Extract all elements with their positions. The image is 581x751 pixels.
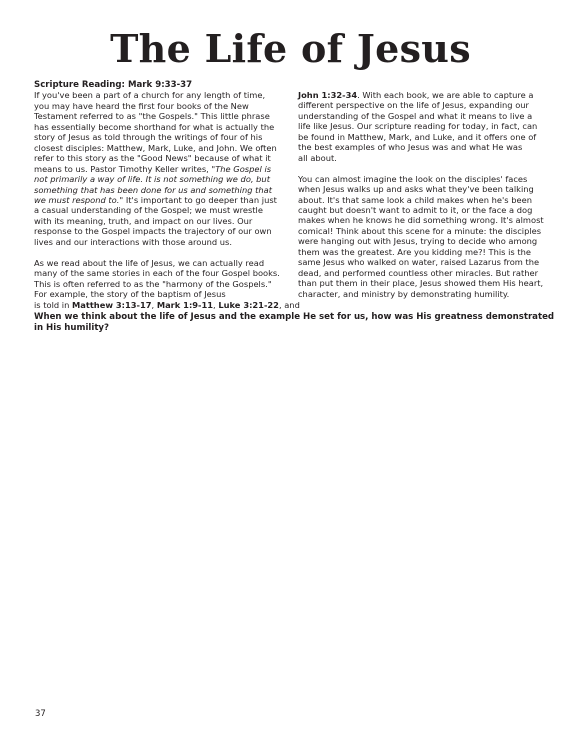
text-line: refer to this story as the "Good News" b… (34, 153, 290, 163)
text-line: As we read about the life of Jesus, we c… (34, 258, 290, 268)
text-line: when Jesus walks up and asks what they'v… (298, 184, 554, 194)
text-line: means to us. Pastor Timothy Keller write… (34, 164, 290, 174)
text-line: caught but doesn't want to admit to it, … (298, 205, 554, 215)
text-line: same Jesus who walked on water, raised L… (298, 257, 554, 267)
text-line: Testament referred to as "the Gospels." … (34, 111, 290, 121)
text-line: makes when he knows he did something wro… (298, 215, 554, 225)
page-number: 37 (35, 709, 46, 719)
answer-writing-area[interactable] (34, 340, 554, 680)
text-line: with its meaning, truth, and impact on o… (34, 216, 290, 226)
text-line: the best examples of who Jesus was and w… (298, 142, 554, 152)
text-segment: means to us. Pastor Timothy Keller write… (34, 164, 215, 174)
keller-quote-line: something that has been done for us and … (34, 185, 290, 195)
text-line: about. It's that same look a child makes… (298, 195, 554, 205)
text-line: comical! Think about this scene for a mi… (298, 226, 554, 236)
text-segment: " It's important to go deeper than just (119, 195, 277, 205)
text-line: story of Jesus as told through the writi… (34, 132, 290, 142)
text-line: were hanging out with Jesus, trying to d… (298, 236, 554, 246)
text-line: For example, the story of the baptism of… (34, 289, 290, 299)
text-line: understanding of the Gospel and what it … (298, 111, 554, 121)
keller-quote: The Gospel is (215, 164, 271, 174)
text-line: If you've been a part of a church for an… (34, 90, 290, 100)
text-line: we must respond to." It's important to g… (34, 195, 290, 205)
text-line: life like Jesus. Our scripture reading f… (298, 121, 554, 131)
scripture-reference: Matthew 3:13-17 (72, 300, 152, 310)
text-line: than put them in their place, Jesus show… (298, 278, 554, 288)
text-segment: is told in (34, 300, 72, 310)
question-line: When we think about the life of Jesus an… (34, 312, 554, 323)
right-column: John 1:32-34. With each book, we are abl… (298, 90, 554, 309)
text-line: character, and ministry by demonstrating… (298, 289, 554, 299)
question-line: in His humility? (34, 323, 554, 334)
keller-quote: we must respond to. (34, 195, 119, 205)
intro-paragraph: If you've been a part of a church for an… (34, 90, 290, 247)
perspective-paragraph: John 1:32-34. With each book, we are abl… (298, 90, 554, 163)
scripture-reference: Luke 3:21-22 (218, 300, 279, 310)
harmony-paragraph: As we read about the life of Jesus, we c… (34, 258, 290, 310)
text-line: response to the Gospel impacts the traje… (34, 226, 290, 236)
reflection-question: When we think about the life of Jesus an… (34, 312, 554, 333)
text-line: has essentially become shorthand for wha… (34, 122, 290, 132)
scripture-reading-heading: Scripture Reading: Mark 9:33-37 (34, 80, 290, 90)
text-line: different perspective on the life of Jes… (298, 100, 554, 110)
text-line: a casual understanding of the Gospel; we… (34, 205, 290, 215)
text-segment: . With each book, we are able to capture… (357, 90, 533, 100)
text-line: dead, and performed countless other mira… (298, 268, 554, 278)
text-segment: , and (279, 300, 300, 310)
text-line: This is often referred to as the "harmon… (34, 279, 290, 289)
page-title: The Life of Jesus (0, 26, 581, 72)
text-line: is told in Matthew 3:13-17, Mark 1:9-11,… (34, 300, 290, 310)
text-line: all about. (298, 153, 554, 163)
text-line: lives and our interactions with those ar… (34, 237, 290, 247)
text-line: you may have heard the first four books … (34, 101, 290, 111)
text-line: many of the same stories in each of the … (34, 268, 290, 278)
scripture-reference: Mark 1:9-11 (157, 300, 213, 310)
text-line: closest disciples: Matthew, Mark, Luke, … (34, 143, 290, 153)
text-line: them was the greatest. Are you kidding m… (298, 247, 554, 257)
keller-quote-line: not primarily a way of life. It is not s… (34, 174, 290, 184)
left-column: Scripture Reading: Mark 9:33-37 If you'v… (34, 80, 290, 320)
text-line: John 1:32-34. With each book, we are abl… (298, 90, 554, 100)
scripture-reference: John 1:32-34 (298, 90, 357, 100)
text-line: be found in Matthew, Mark, and Luke, and… (298, 132, 554, 142)
disciples-paragraph: You can almost imagine the look on the d… (298, 174, 554, 299)
text-line: You can almost imagine the look on the d… (298, 174, 554, 184)
